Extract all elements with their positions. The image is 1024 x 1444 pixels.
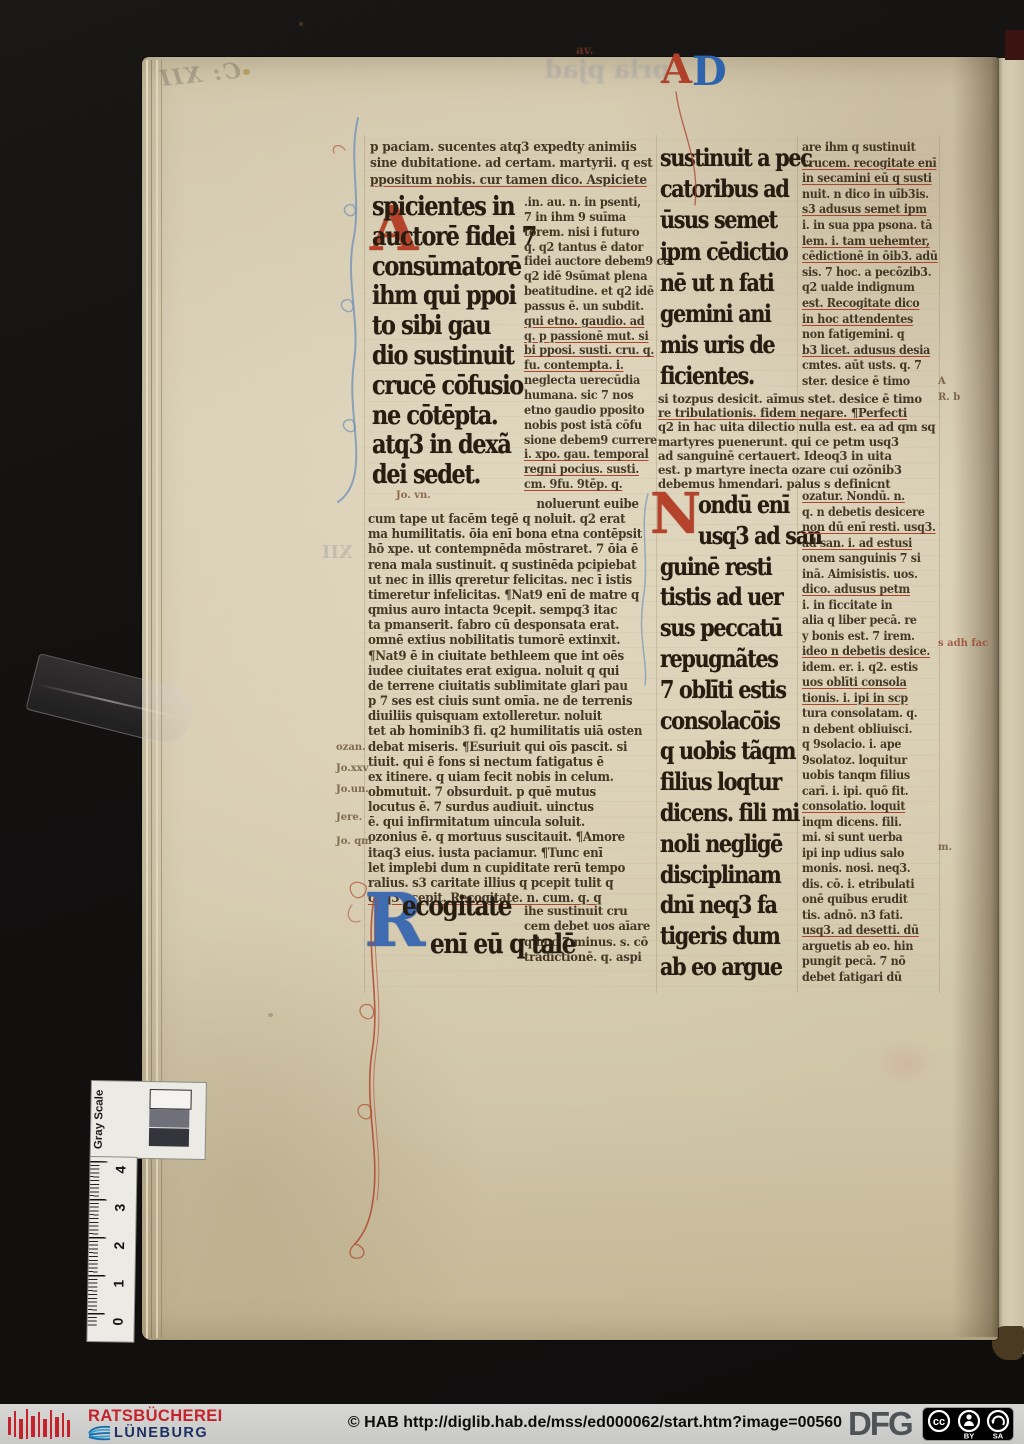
column3-gloss-top: are ihm q sustinuitcrucem. recogitate en…: [802, 140, 938, 390]
cc-sa-label: SA: [993, 1432, 1004, 1441]
running-header-letter-a: A: [661, 50, 692, 90]
library-name-line2: LÜNEBURG: [114, 1425, 208, 1441]
background-wedge: [880, 0, 1024, 60]
ruler-major-ticks: [88, 1161, 108, 1327]
recogitate-gloss-text: ihe sustinuit crucem debet uos aīareq ho…: [524, 903, 664, 965]
parchment-speck: [243, 69, 250, 75]
scan-viewer-page: C: XII XII prla pjad av. A D p paciam. s…: [0, 0, 1024, 1444]
library-name-line1: RATSBÜCHEREI: [88, 1407, 223, 1426]
parchment-speck: [268, 1013, 273, 1017]
running-header-bleedthrough: prla pjad: [540, 55, 670, 84]
dfg-logo: DFG: [848, 1405, 912, 1443]
bleedthrough-numeral: XII: [322, 542, 353, 563]
column1-commentary: noluerunt euibecum tape ut facēm tegē q …: [368, 496, 656, 905]
column2-lemma-top: sustinuit a peccatoribus adūsus semetipm…: [660, 142, 796, 392]
footer-bar: RATSBÜCHEREI LÜNEBURG © HAB http://digli…: [0, 1404, 1024, 1444]
gray-swatch-white: [149, 1089, 191, 1110]
running-header-guide-letters: av.: [576, 43, 594, 57]
column2-lemma-bottom: ondū enīusq3 ad sanguinē restitistis ad …: [660, 490, 796, 983]
ratsbuecherei-logo: RATSBÜCHEREI LÜNEBURG: [6, 1406, 276, 1442]
gray-swatch-dark: [149, 1128, 189, 1147]
pink-smudge: [876, 1040, 936, 1086]
svg-text:cc: cc: [933, 1416, 945, 1428]
ruler-scale: 43210: [87, 1157, 136, 1342]
column1-gloss-text: .in. au. n. in psenti,7 in ihm 9 suīmatō…: [524, 195, 658, 492]
cc-by-sa-badge: cc BY SA: [922, 1407, 1014, 1441]
column3-gloss-bottom: ozatur. Nondū. n.q. n debetis desicereno…: [802, 489, 938, 985]
gutter-shadow: [952, 57, 998, 1337]
gray-scale-card: Gray Scale: [91, 1081, 206, 1159]
column2-commentary: si tozpus desicit. aīmus stet. desice ē …: [658, 392, 940, 491]
copyright-url-text: © HAB http://diglib.hab.de/mss/ed000062/…: [300, 1414, 890, 1432]
gray-scale-label: Gray Scale: [93, 1083, 114, 1155]
lueneburg-fan-icon: [88, 1425, 112, 1441]
column-rule: [939, 135, 940, 993]
gray-swatch-mid: [149, 1109, 189, 1128]
binding-edge: [1005, 30, 1024, 60]
cc-by-label: BY: [964, 1432, 974, 1441]
manuscript-photo: C: XII XII prla pjad av. A D p paciam. s…: [0, 0, 1024, 1404]
gray-scale-ruler: Gray Scale 43210: [87, 1077, 206, 1343]
column-rule: [364, 135, 365, 993]
column1-lemma-text: spicientes inauctorē fidei 7consūmatorēi…: [372, 193, 542, 491]
column-rule: [797, 135, 798, 993]
running-header-letter-d: D: [692, 52, 727, 92]
ratsbuecherei-bars-icon: [6, 1407, 80, 1441]
facing-page-edge: [997, 58, 1024, 1354]
parchment-speck: [299, 22, 303, 26]
column1-intro-gloss: p paciam. sucentes atq3 expedty animiiss…: [370, 140, 658, 189]
